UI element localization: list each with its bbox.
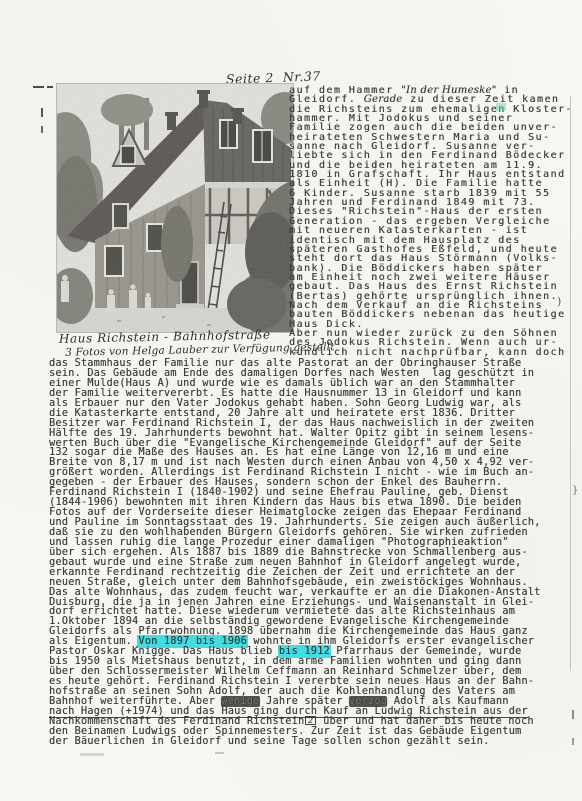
scan-edge-line-artifact <box>570 96 571 671</box>
scan-edge-tick-artifact <box>572 710 574 719</box>
scan-color-smudge-artifact <box>496 103 506 111</box>
scan-dash-artifact <box>41 126 43 133</box>
margin-annotation: 2 <box>305 716 315 725</box>
main-body-text: das Stammhaus der Familie nur das alte P… <box>49 359 576 747</box>
typed-text: kundlich nicht nachprüfbar, kann doch <box>289 347 565 358</box>
scanned-document-page: { "header": { "page_label": "Seite 2", "… <box>0 0 582 801</box>
scan-dash-artifact <box>41 108 43 117</box>
scan-dash-artifact <box>33 86 44 88</box>
house-photo-illustration <box>57 84 293 332</box>
stray-pen-mark: } <box>572 485 578 496</box>
house-photo <box>57 84 293 332</box>
intro-column-text: auf dem Hammer "In der Humeske" inGleido… <box>289 86 582 357</box>
issue-number-label: Nr.37 <box>283 68 321 84</box>
stray-pen-mark: ) <box>557 295 561 308</box>
photo-grain-overlay <box>57 84 293 332</box>
scan-smear-artifact <box>215 752 224 754</box>
scan-edge-tick-artifact <box>572 738 574 745</box>
scan-dash-artifact <box>47 86 53 88</box>
scan-smear-artifact <box>80 753 104 756</box>
text-line: der Bäuerlichen in Gleidorf und seine Ta… <box>49 737 576 747</box>
typed-text: der Bäuerlichen in Gleidorf und seine Ta… <box>49 736 489 747</box>
text-line: kundlich nicht nachprüfbar, kann doch <box>289 348 582 357</box>
